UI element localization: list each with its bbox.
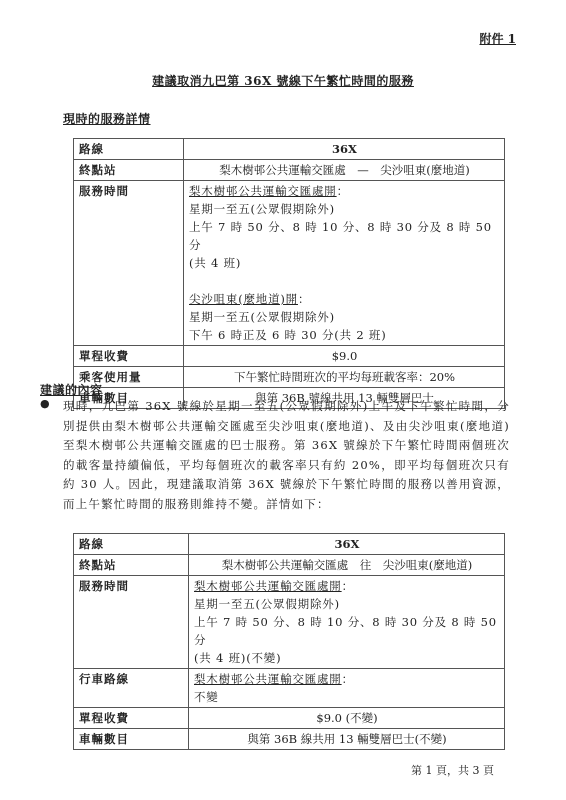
table-row-hours: 服務時間 梨木樹邨公共運輸交匯處開： 星期一至五(公眾假期除外) 上午 7 時 … (74, 576, 505, 669)
route-label: 路線 (74, 139, 184, 160)
hours-label: 服務時間 (74, 181, 184, 346)
hours-block1-days: 星期一至五(公眾假期除外) (189, 200, 500, 218)
table-row-route: 路線 36X (74, 139, 505, 160)
table-row-fleet: 車輛數目 與第 36B 線共用 13 輛雙層巴士(不變) (74, 729, 505, 750)
hours-times: 上午 7 時 50 分、8 時 10 分、8 時 30 分及 8 時 50 分 (194, 613, 500, 649)
table-row-routing: 行車路線 梨木樹邨公共運輸交匯處開： 不變 (74, 669, 505, 708)
table-row-terminus: 終點站 梨木樹邨公共運輸交匯處 — 尖沙咀東(麼地道) (74, 160, 505, 181)
hours-block1-heading: 梨木樹邨公共運輸交匯處開 (189, 184, 337, 198)
fare-label: 單程收費 (74, 346, 184, 367)
hours-days: 星期一至五(公眾假期除外) (194, 595, 500, 613)
route-label: 路線 (74, 534, 189, 555)
proposed-service-table: 路線 36X 終點站 梨木樹邨公共運輸交匯處 往 尖沙咀東(麼地道) 服務時間 … (73, 533, 505, 750)
current-service-heading: 現時的服務詳情 (63, 110, 151, 127)
routing-value: 不變 (194, 688, 500, 706)
hours-count: (共 4 班)(不變) (194, 649, 500, 667)
bullet-icon: ● (40, 397, 50, 410)
route-value: 36X (189, 534, 505, 555)
fare-value: $9.0 (不變) (189, 708, 505, 729)
hours-block1-count: (共 4 班) (189, 254, 500, 272)
terminus-label: 終點站 (74, 555, 189, 576)
table-row-patronage: 乘客使用量 下午繁忙時間班次的平均每班載客率：20% (74, 367, 505, 388)
hours-block1-times: 上午 7 時 50 分、8 時 10 分、8 時 30 分及 8 時 50 分 (189, 218, 500, 254)
proposal-heading: 建議的內容 (40, 381, 103, 398)
hours-block2-heading: 尖沙咀東(麼地道)開 (189, 292, 298, 306)
terminus-value: 梨木樹邨公共運輸交匯處 — 尖沙咀東(麼地道) (184, 160, 505, 181)
terminus-value: 梨木樹邨公共運輸交匯處 往 尖沙咀東(麼地道) (189, 555, 505, 576)
hours-heading: 梨木樹邨公共運輸交匯處開 (194, 579, 342, 593)
fare-value: $9.0 (184, 346, 505, 367)
proposal-paragraph: 現時，九巴第 36X 號線於星期一至五(公眾假期除外)上午及下午繁忙時間，分別提… (63, 397, 510, 514)
proposal-bullet-item: ● 現時，九巴第 36X 號線於星期一至五(公眾假期除外)上午及下午繁忙時間，分… (40, 397, 510, 514)
page-footer: 第 1 頁，共 3 頁 (411, 762, 494, 778)
terminus-label: 終點站 (74, 160, 184, 181)
patronage-value: 下午繁忙時間班次的平均每班載客率：20% (184, 367, 505, 388)
table-row-fare: 單程收費 $9.0 (74, 346, 505, 367)
routing-heading: 梨木樹邨公共運輸交匯處開 (194, 672, 342, 686)
fleet-label: 車輛數目 (74, 729, 189, 750)
route-value: 36X (184, 139, 505, 160)
hours-value: 梨木樹邨公共運輸交匯處開： 星期一至五(公眾假期除外) 上午 7 時 50 分、… (184, 181, 505, 346)
table-row-terminus: 終點站 梨木樹邨公共運輸交匯處 往 尖沙咀東(麼地道) (74, 555, 505, 576)
hours-value: 梨木樹邨公共運輸交匯處開： 星期一至五(公眾假期除外) 上午 7 時 50 分、… (189, 576, 505, 669)
routing-label: 行車路線 (74, 669, 189, 708)
document-title: 建議取消九巴第 36X 號線下午繁忙時間的服務 (0, 72, 566, 89)
routing-value-cell: 梨木樹邨公共運輸交匯處開： 不變 (189, 669, 505, 708)
hours-block2-days: 星期一至五(公眾假期除外) (189, 308, 500, 326)
fare-label: 單程收費 (74, 708, 189, 729)
current-service-table: 路線 36X 終點站 梨木樹邨公共運輸交匯處 — 尖沙咀東(麼地道) 服務時間 … (73, 138, 505, 409)
table-row-hours: 服務時間 梨木樹邨公共運輸交匯處開： 星期一至五(公眾假期除外) 上午 7 時 … (74, 181, 505, 346)
hours-label: 服務時間 (74, 576, 189, 669)
table-row-route: 路線 36X (74, 534, 505, 555)
hours-block2-times: 下午 6 時正及 6 時 30 分(共 2 班) (189, 326, 500, 344)
annex-label: 附件 1 (479, 30, 516, 47)
table-row-fare: 單程收費 $9.0 (不變) (74, 708, 505, 729)
fleet-value: 與第 36B 線共用 13 輛雙層巴士(不變) (189, 729, 505, 750)
